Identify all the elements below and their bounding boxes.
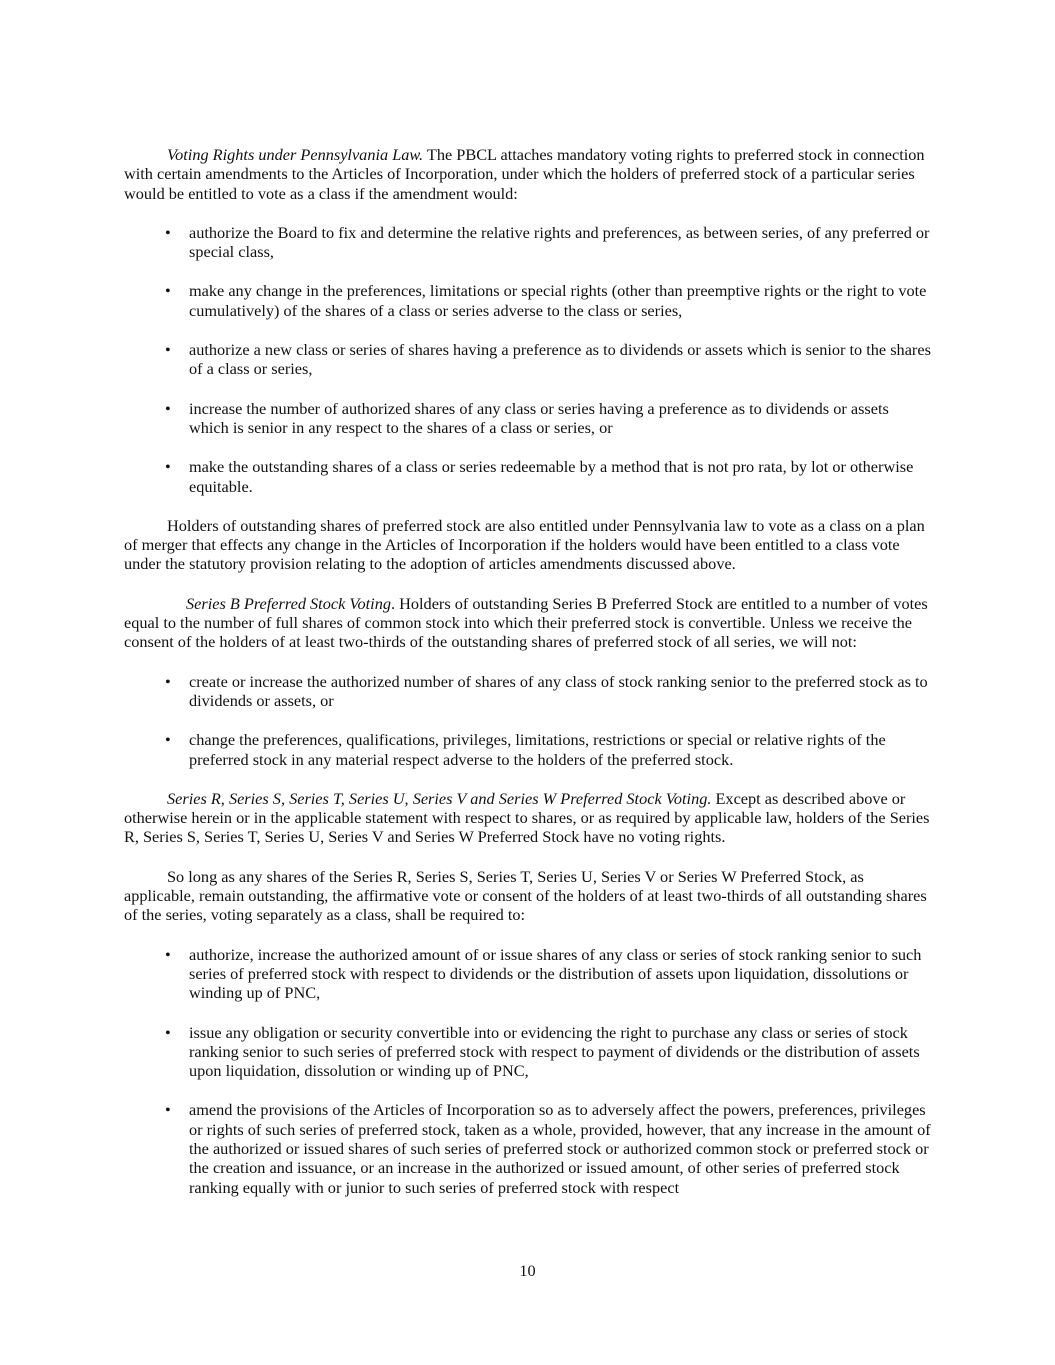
page-number: 10 [0,1261,1055,1280]
list-item: •authorize a new class or series of shar… [124,340,932,379]
list-item-text: change the preferences, qualifications, … [189,730,886,768]
bullet-icon: • [165,457,171,476]
bullet-icon: • [165,672,171,691]
list-item-text: make any change in the preferences, limi… [189,281,926,319]
bullet-list-series-r-w-requirements: •authorize, increase the authorized amou… [124,945,932,1197]
bullet-icon: • [165,281,171,300]
bullet-list-series-b-restrictions: •create or increase the authorized numbe… [124,672,932,769]
bullet-icon: • [165,730,171,749]
list-item-text: authorize a new class or series of share… [189,340,931,378]
paragraph-series-r-w-voting: Series R, Series S, Series T, Series U, … [124,789,932,847]
list-item: •change the preferences, qualifications,… [124,730,932,769]
list-item-text: increase the number of authorized shares… [189,399,889,437]
section-heading-series-b-voting: Series B Preferred Stock Voting [186,594,391,613]
paragraph-series-r-w-consent: So long as any shares of the Series R, S… [124,867,932,925]
paragraph-merger-class-vote: Holders of outstanding shares of preferr… [124,516,932,574]
list-item-text: create or increase the authorized number… [189,672,928,710]
list-item-text: amend the provisions of the Articles of … [189,1100,931,1196]
list-item-text: authorize the Board to fix and determine… [189,223,929,261]
list-item-text: authorize, increase the authorized amoun… [189,945,921,1003]
bullet-icon: • [165,1100,171,1119]
section-heading-series-r-w-voting: Series R, Series S, Series T, Series U, … [167,789,711,808]
bullet-icon: • [165,945,171,964]
paragraph-text: Holders of outstanding shares of preferr… [124,516,925,574]
bullet-icon: • [165,223,171,242]
paragraph-text: So long as any shares of the Series R, S… [124,867,927,925]
list-item: •authorize, increase the authorized amou… [124,945,932,1003]
list-item-text: make the outstanding shares of a class o… [189,457,913,495]
list-item: •increase the number of authorized share… [124,399,932,438]
bullet-icon: • [165,399,171,418]
document-page: Voting Rights under Pennsylvania Law. Th… [124,145,932,1217]
list-item: •make the outstanding shares of a class … [124,457,932,496]
list-item: •issue any obligation or security conver… [124,1023,932,1081]
bullet-icon: • [165,1023,171,1042]
bullet-icon: • [165,340,171,359]
paragraph-voting-rights-pa-law: Voting Rights under Pennsylvania Law. Th… [124,145,932,203]
list-item-text: issue any obligation or security convert… [189,1023,920,1081]
bullet-list-pa-amendments: •authorize the Board to fix and determin… [124,223,932,496]
list-item: •authorize the Board to fix and determin… [124,223,932,262]
paragraph-series-b-voting: Series B Preferred Stock Voting. Holders… [124,594,932,652]
list-item: •make any change in the preferences, lim… [124,281,932,320]
section-heading-voting-rights-pa-law: Voting Rights under Pennsylvania Law. [167,145,423,164]
list-item: •create or increase the authorized numbe… [124,672,932,711]
list-item: •amend the provisions of the Articles of… [124,1100,932,1196]
